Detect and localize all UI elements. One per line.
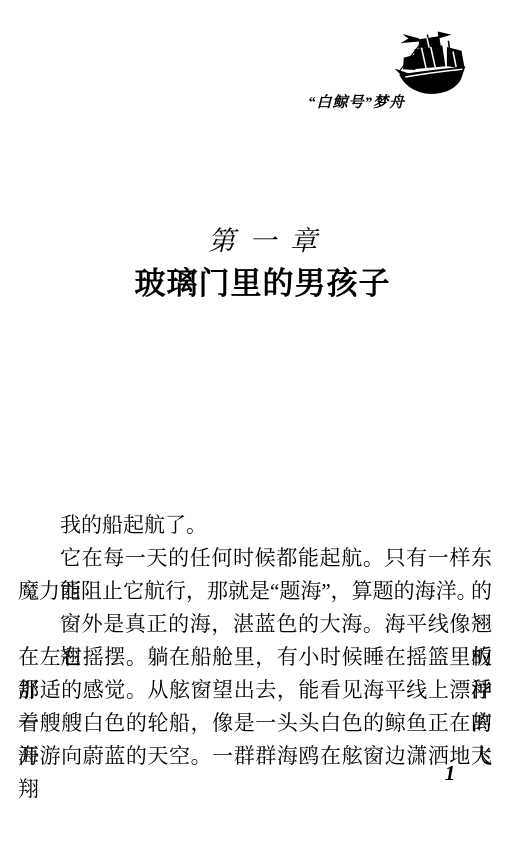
body-line: 它在每一天的任何时候都能起航。只有一样东西的 xyxy=(18,542,492,575)
body-line: 窗外是真正的海，湛蓝色的大海。海平线像翘翘板 xyxy=(18,608,492,641)
body-line: 我的船起航了。 xyxy=(18,509,492,542)
body-line: 舒适的感觉。从舷窗望出去，能看见海平线上漂浮着的 xyxy=(18,674,492,707)
body-line: 魔力能阻止它航行，那就是“题海”，算题的海洋。 xyxy=(18,575,492,608)
book-page: “白鲸号”梦舟 第一章 玻璃门里的男孩子 我的船起航了。 它在每一天的任何时候都… xyxy=(0,0,525,854)
body-line: 一艘艘白色的轮船，像是一头头白色的鲸鱼正在离开大 xyxy=(18,707,492,740)
body-line: 在左右摇摆。躺在船舱里，有小时候睡在摇篮里的那种 xyxy=(18,641,492,674)
body-line: 海游向蔚蓝的天空。一群群海鸥在舷窗边潇洒地飞翔 xyxy=(18,740,492,773)
body-text: 我的船起航了。 它在每一天的任何时候都能起航。只有一样东西的 魔力能阻止它航行，… xyxy=(18,509,492,773)
chapter-title: 玻璃门里的男孩子 xyxy=(0,258,525,303)
series-title: “白鲸号”梦舟 xyxy=(250,91,405,112)
page-number: 1 xyxy=(430,761,470,786)
chapter-number: 第一章 xyxy=(0,219,525,258)
